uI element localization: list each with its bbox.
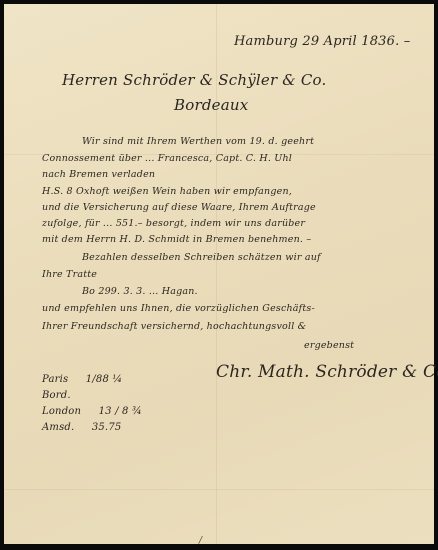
rate-value: 35.75 bbox=[92, 422, 122, 433]
exchange-rate-row: Paris 1/88 ¼ bbox=[42, 374, 122, 385]
place-date: Hamburg 29 April 1836. – bbox=[234, 34, 410, 49]
fold-line-horizontal-lower bbox=[4, 489, 434, 490]
closing: ergebenst bbox=[304, 340, 354, 351]
rate-value: 13 / 8 ¾ bbox=[99, 406, 142, 417]
exchange-rate-row: Amsd. 35.75 bbox=[42, 422, 121, 433]
exchange-rate-row: London 13 / 8 ¾ bbox=[42, 406, 142, 417]
body-line: Wir sind mit Ihrem Werthen vom 19. d. ge… bbox=[82, 136, 314, 147]
body-line: und die Versicherung auf diese Waare, Ih… bbox=[42, 202, 316, 213]
body-line: Ihrer Freundschaft versichernd, hochacht… bbox=[42, 321, 306, 332]
addressee-city: Bordeaux bbox=[174, 96, 248, 114]
body-line: mit dem Herrn H. D. Schmidt in Bremen be… bbox=[42, 234, 311, 245]
body-line: nach Bremen verladen bbox=[42, 169, 155, 180]
letter-paper: Hamburg 29 April 1836. – Herren Schröder… bbox=[4, 4, 434, 544]
body-line: Bezahlen desselben Schreiben schätzen wi… bbox=[82, 252, 321, 263]
body-line: Ihre Tratte bbox=[42, 269, 97, 280]
rate-place: Amsd. bbox=[42, 422, 74, 433]
body-line: Connossement über ... Francesca, Capt. C… bbox=[42, 153, 292, 164]
body-line: und empfehlen uns Ihnen, die vorzügliche… bbox=[42, 303, 315, 314]
addressee-name: Herren Schröder & Schÿler & Co. bbox=[62, 71, 326, 89]
rate-place: Bord. bbox=[42, 390, 71, 401]
signature: Chr. Math. Schröder & Co. bbox=[216, 362, 438, 382]
body-line: Bo 299. 3. 3. ... Hagan. bbox=[82, 286, 198, 297]
body-line: H.S. 8 Oxhoft weißen Wein haben wir empf… bbox=[42, 186, 292, 197]
body-line: zufolge, für ... 551.– besorgt, indem wi… bbox=[42, 218, 305, 229]
rate-place: Paris bbox=[42, 374, 68, 385]
bottom-mark: / bbox=[199, 536, 202, 546]
rate-value: 1/88 ¼ bbox=[86, 374, 123, 385]
rate-place: London bbox=[42, 406, 81, 417]
exchange-rate-row: Bord. bbox=[42, 390, 85, 401]
